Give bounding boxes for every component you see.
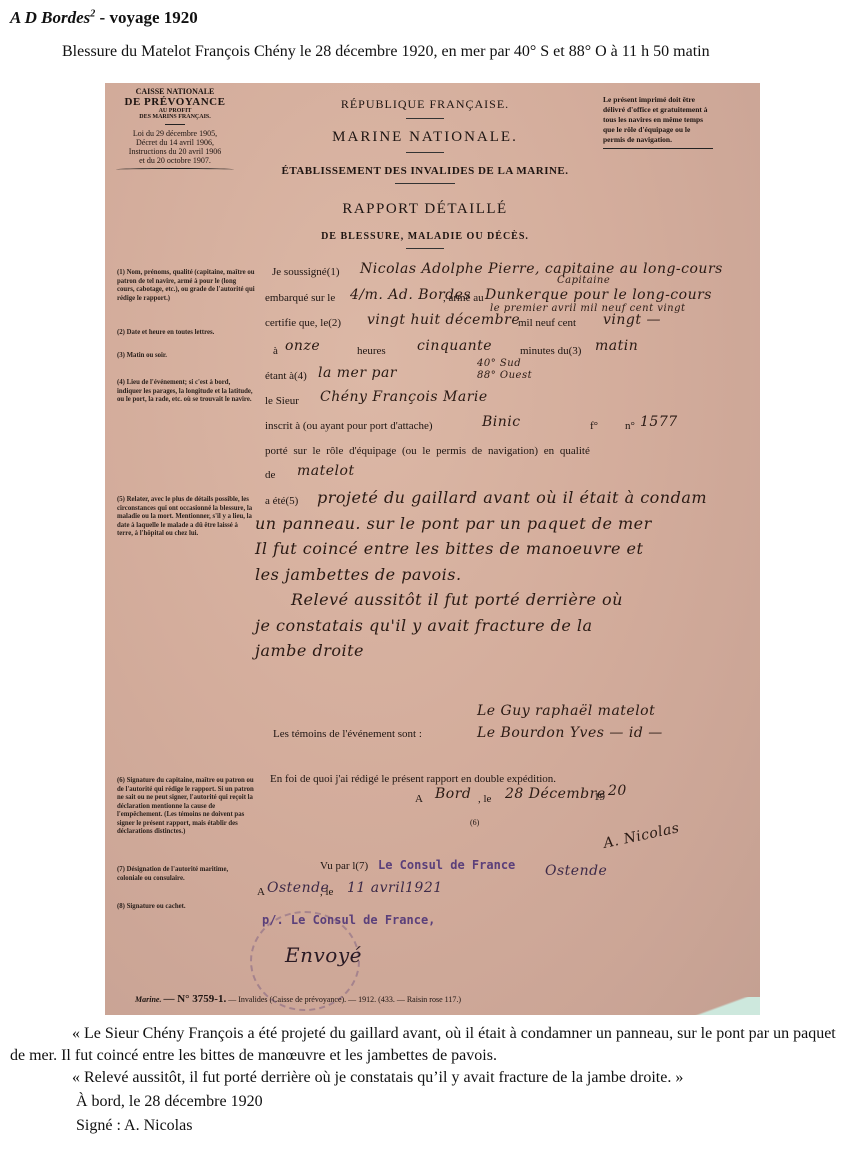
- numero-label: n°: [625, 420, 635, 432]
- divider: [165, 124, 185, 125]
- arme-label: , armé au: [443, 292, 484, 304]
- sieur-label: le Sieur: [265, 395, 299, 407]
- narrative-line: Relevé aussitôt il fut porté derrière où: [255, 587, 707, 613]
- consul-date: 11 avril: [347, 880, 405, 896]
- consul-year: 1921: [405, 880, 443, 896]
- en-foi-statement: En foi de quoi j'ai rédigé le présent ra…: [270, 773, 556, 785]
- capitaine-annotation: Capitaine: [557, 275, 610, 286]
- narrative-line: jambe droite: [255, 638, 707, 664]
- margin-note-6: (6) Signature du capitaine, maître ou pa…: [117, 777, 255, 837]
- captain-signature: A. Nicolas: [602, 820, 681, 852]
- hour-value: onze: [285, 338, 320, 354]
- ostende-annotation: Ostende: [545, 863, 607, 879]
- a-label: à: [273, 345, 278, 357]
- narrative-block: projeté du gaillard avant où il était à …: [255, 485, 707, 664]
- rank-value: matelot: [297, 463, 355, 479]
- divider: [406, 152, 444, 153]
- transcription: « Le Sieur Chény François a été projeté …: [10, 1023, 840, 1137]
- temoins-label: Les témoins de l'événement sont :: [273, 728, 422, 740]
- law-line1: Loi du 29 décembre 1905,: [115, 129, 235, 138]
- longitude-value: 88° Ouest: [477, 370, 532, 381]
- narrative-line: un panneau. sur le pont par un paquet de…: [255, 511, 707, 537]
- heading-marine: MARINE NATIONALE.: [265, 129, 585, 159]
- heading-rapport: RAPPORT DÉTAILLÉ: [265, 201, 585, 218]
- sailor-name: Chény François Marie: [320, 389, 488, 405]
- margin-note-4: (4) Lieu de l'événement; si c'est à bord…: [117, 379, 255, 405]
- printer-imprint: Marine. — N° 3759-1. — Invalides (Caisse…: [135, 993, 461, 1005]
- heading-blessure-text: DE BLESSURE, MALADIE OU DÉCÈS.: [265, 231, 585, 242]
- vu-par-label: Vu par l(7): [320, 860, 368, 872]
- soussigne-value: Nicolas Adolphe Pierre, capitaine au lon…: [360, 261, 723, 277]
- transcript-paragraph-1: « Le Sieur Chény François a été projeté …: [10, 1023, 840, 1067]
- year-value: vingt —: [603, 312, 661, 328]
- divider: [406, 248, 444, 249]
- mil-label: mil neuf cent: [518, 317, 576, 329]
- heures-label: heures: [357, 345, 386, 357]
- le-label: , le: [478, 793, 491, 805]
- law-line3: Instructions du 20 avril 1906: [115, 147, 235, 156]
- margin-note-8: (8) Signature ou cachet.: [117, 903, 255, 912]
- notice-box: Le présent imprimé doit être délivré d'o…: [603, 95, 713, 149]
- heading-republique-text: RÉPUBLIQUE FRANÇAISE.: [265, 97, 585, 112]
- consul-signature: Envoyé: [285, 943, 362, 967]
- signing-date: 28 Décembre: [505, 786, 606, 802]
- scanned-report-form: CAISSE NATIONALE DE PRÉVOYANCE AU PROFIT…: [105, 83, 760, 1015]
- heading-blessure: DE BLESSURE, MALADIE OU DÉCÈS.: [265, 231, 585, 255]
- heading-etablissement-text: ÉTABLISSEMENT DES INVALIDES DE LA MARINE…: [265, 165, 585, 177]
- date-value: vingt huit décembre: [367, 312, 520, 328]
- certifie-label: certifie que, le(2): [265, 317, 341, 329]
- year-prefix: 19: [594, 791, 605, 803]
- narrative-line: projeté du gaillard avant où il était à …: [255, 485, 707, 511]
- consul-stamp-top: Le Consul de France: [378, 858, 515, 872]
- caisse-line2: DE PRÉVOYANCE: [115, 96, 235, 108]
- caisse-line1: CAISSE NATIONALE: [115, 87, 235, 96]
- location-value: la mer par: [318, 365, 397, 381]
- etant-label: étant à(4): [265, 370, 307, 382]
- margin-note-5: (5) Relater, avec le plus de détails pos…: [117, 496, 255, 539]
- caisse-line4: DES MARINS FRANÇAIS.: [115, 114, 235, 120]
- divider: [395, 183, 455, 184]
- folio-label: f°: [590, 420, 598, 432]
- heading-etablissement: ÉTABLISSEMENT DES INVALIDES DE LA MARINE…: [265, 165, 585, 190]
- matin-value: matin: [595, 338, 638, 354]
- ornamental-rule: [116, 168, 234, 171]
- home-port-value: Dunkerque pour le long-cours: [485, 287, 712, 303]
- transcript-signature: Signé : A. Nicolas: [10, 1115, 840, 1137]
- a-bord-label: A: [415, 793, 423, 805]
- imprint-details: — Invalides (Caisse de prévoyance). — 19…: [228, 995, 461, 1004]
- margin-note-2: (2) Date et heure en toutes lettres.: [117, 329, 255, 338]
- soussigne-label: Je soussigné(1): [272, 266, 340, 278]
- latitude-value: 40° Sud: [477, 358, 521, 369]
- narrative-line: Il fut coincé entre les bittes de manoeu…: [255, 536, 707, 562]
- imprint-marine: Marine.: [135, 995, 161, 1004]
- ostende-prefix: A: [257, 886, 265, 898]
- porte-label: porté sur le rôle d'équipage (ou le perm…: [265, 445, 590, 457]
- heading-marine-text: MARINE NATIONALE.: [265, 129, 585, 146]
- margin-note-1: (1) Nom, prénoms, qualité (capitaine, ma…: [117, 269, 255, 303]
- registry-number: 1577: [640, 414, 678, 430]
- law-line2: Décret du 14 avril 1906,: [115, 138, 235, 147]
- witness-2: Le Bourdon Yves — id —: [477, 725, 663, 741]
- caisse-nationale-block: CAISSE NATIONALE DE PRÉVOYANCE AU PROFIT…: [115, 87, 235, 171]
- le2-label: , le: [320, 886, 333, 898]
- registry-port: Binic: [482, 414, 521, 430]
- inscrit-label: inscrit à (ou ayant pour port d'attache): [265, 420, 433, 432]
- minutes-label: minutes du(3): [520, 345, 581, 357]
- margin-note-3: (3) Matin ou soir.: [117, 352, 255, 361]
- narrative-line: les jambettes de pavois.: [255, 562, 707, 588]
- transcript-place-date: À bord, le 28 décembre 1920: [10, 1091, 840, 1113]
- divider: [406, 118, 444, 119]
- place-value: Bord: [435, 786, 471, 802]
- law-line4: et du 20 octobre 1907.: [115, 156, 235, 165]
- embarque-label: embarqué sur le: [265, 292, 335, 304]
- margin-note-7: (7) Désignation de l'autorité maritime, …: [117, 866, 255, 883]
- page-title: A D Bordes2 - voyage 1920: [10, 8, 198, 28]
- signature-ref-6: (6): [470, 818, 479, 827]
- witness-1: Le Guy raphaël matelot: [477, 703, 655, 719]
- signing-year: 20: [608, 783, 627, 799]
- document-caption: Blessure du Matelot François Chény le 28…: [62, 43, 710, 61]
- title-ship: A D Bordes: [10, 8, 90, 27]
- imprint-number: — N° 3759-1.: [163, 993, 226, 1005]
- transcript-paragraph-2: « Relevé aussitôt, il fut porté derrière…: [10, 1067, 840, 1089]
- title-voyage: - voyage 1920: [95, 8, 197, 27]
- de-label: de: [265, 469, 275, 481]
- heading-republique: RÉPUBLIQUE FRANÇAISE.: [265, 97, 585, 125]
- minutes-value: cinquante: [417, 338, 492, 354]
- narrative-line: je constatais qu'il y avait fracture de …: [255, 613, 707, 639]
